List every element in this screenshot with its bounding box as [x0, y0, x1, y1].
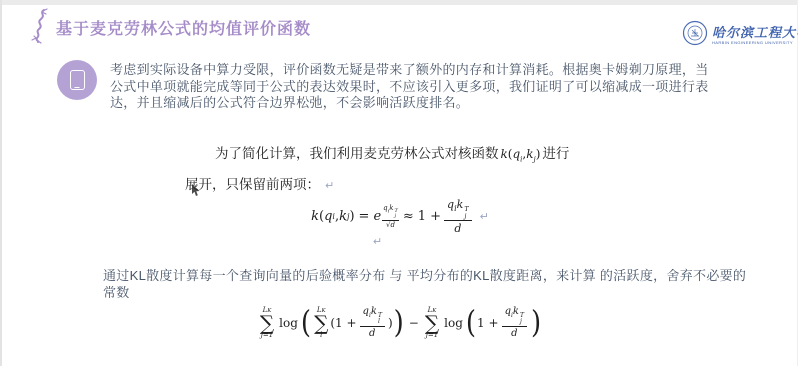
empty-line-return-mark: ↵ — [373, 235, 382, 248]
intro-line: 考虑到实际设备中算力受限，评价函数无疑是带来了额外的内存和计算消耗。根据奥卡姆剃… — [110, 62, 709, 79]
presentation-slide: 基于麦克劳林公式的均值评价函数 哈尔滨工程大学 HARBIN ENGINEERI… — [0, 0, 798, 366]
exponent-fraction: qikTj√d — [382, 204, 399, 229]
decorative-dragon-icon — [28, 8, 52, 49]
kl-line: 常数 — [103, 284, 746, 301]
university-logo: 哈尔滨工程大学 HARBIN ENGINEERING UNIVERSITY — [682, 20, 798, 51]
intro-line: 达，并且缩减后的公式符合边界松弛，不会影响活跃度排名。 — [110, 95, 709, 112]
fraction: qikTld — [360, 306, 385, 340]
university-emblem-icon — [682, 20, 708, 51]
summation-outer: LK∑j=1 — [425, 307, 439, 339]
fraction: qikTjd — [502, 306, 527, 340]
slide-left-edge — [0, 0, 2, 366]
derivation-line-1: 为了简化计算，我们利用麦克劳林公式对核函数k(qi,kj)进行 — [185, 142, 625, 163]
tablet-device-icon — [70, 70, 85, 90]
derivation-line-2: 展开，只保留前两项：↵ — [185, 173, 334, 193]
kernel-function-inline-math: k(qi,kj) — [501, 147, 541, 161]
page-title: 基于麦克劳林公式的均值评价函数 — [56, 16, 311, 39]
slide-top-edge — [0, 0, 798, 5]
intro-line: 公式中单项就能完成等同于公式的表达效果时，不应该引入更多项，我们证明了可以缩减成… — [110, 79, 709, 96]
university-name-en: HARBIN ENGINEERING UNIVERSITY — [712, 41, 798, 45]
kl-paragraph: 通过KL散度计算每一个查询向量的后验概率分布 与 平均分布的KL散度距离，来计算… — [103, 267, 746, 301]
formula-return-mark: ↵ — [480, 210, 489, 223]
intro-paragraph: 考虑到实际设备中算力受限，评价函数无疑是带来了额外的内存和计算消耗。根据奥卡姆剃… — [110, 62, 709, 112]
kl-divergence-formula: LK∑j=1 log ( LK∑l (1 + qikTld ) ) − LK∑j… — [100, 306, 700, 340]
university-name-cn: 哈尔滨工程大学 — [712, 26, 798, 39]
summation-inner: LK∑l — [314, 307, 328, 339]
fraction: qikTjd — [444, 198, 472, 235]
paragraph-return-mark: ↵ — [325, 179, 334, 192]
kl-line: 通过KL散度计算每一个查询向量的后验概率分布 与 平均分布的KL散度距离，来计算… — [103, 267, 746, 284]
kernel-expansion-formula: k(qi,kj) = eqikTj√d ≈ 1 + qikTjd ↵ — [185, 198, 615, 235]
bullet-badge — [57, 60, 97, 100]
summation-outer: LK∑j=1 — [260, 307, 274, 339]
